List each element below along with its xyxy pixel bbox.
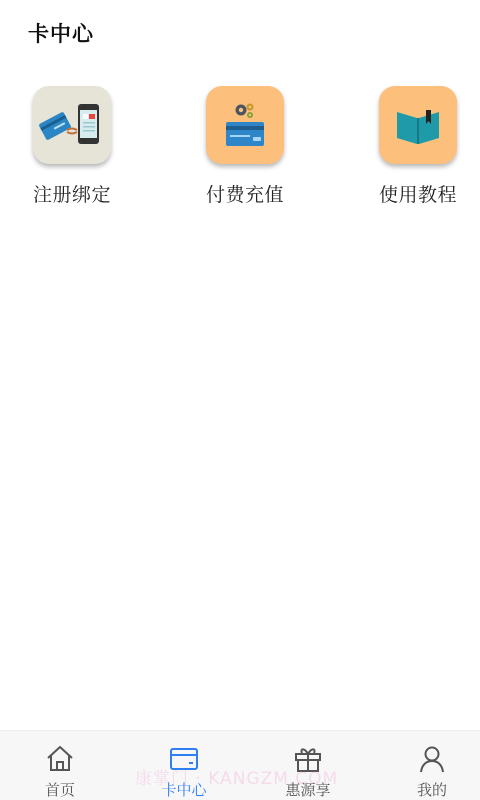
- tutorial-button[interactable]: 使用教程: [358, 86, 478, 207]
- tab-card-center[interactable]: 卡中心: [124, 731, 244, 800]
- register-bind-label: 注册绑定: [12, 180, 132, 207]
- payment-recharge-button[interactable]: 付费充值: [185, 86, 305, 207]
- card-icon: [168, 743, 200, 775]
- tab-card-center-label: 卡中心: [124, 779, 244, 800]
- tab-home-label: 首页: [0, 779, 120, 800]
- card-center-grid: 注册绑定 付费充值: [0, 86, 480, 216]
- tab-home[interactable]: 首页: [0, 731, 120, 800]
- card-gear-payment-icon: [206, 86, 284, 164]
- page-title: 卡中心: [28, 18, 94, 48]
- register-bind-tile: [33, 86, 111, 164]
- home-icon: [44, 743, 76, 775]
- tutorial-tile: [379, 86, 457, 164]
- user-icon: [416, 743, 448, 775]
- payment-recharge-tile: [206, 86, 284, 164]
- tutorial-label: 使用教程: [358, 180, 478, 207]
- register-bind-button[interactable]: 注册绑定: [12, 86, 132, 207]
- card-phone-bind-icon: [33, 86, 111, 164]
- bottom-tab-bar: 首页 卡中心 惠源享 我的: [0, 730, 480, 800]
- tab-mine[interactable]: 我的: [372, 731, 480, 800]
- tab-benefits[interactable]: 惠源享: [248, 731, 368, 800]
- tab-benefits-label: 惠源享: [248, 779, 368, 800]
- open-book-icon: [379, 86, 457, 164]
- payment-recharge-label: 付费充值: [185, 180, 305, 207]
- tab-mine-label: 我的: [372, 779, 480, 800]
- gift-icon: [292, 743, 324, 775]
